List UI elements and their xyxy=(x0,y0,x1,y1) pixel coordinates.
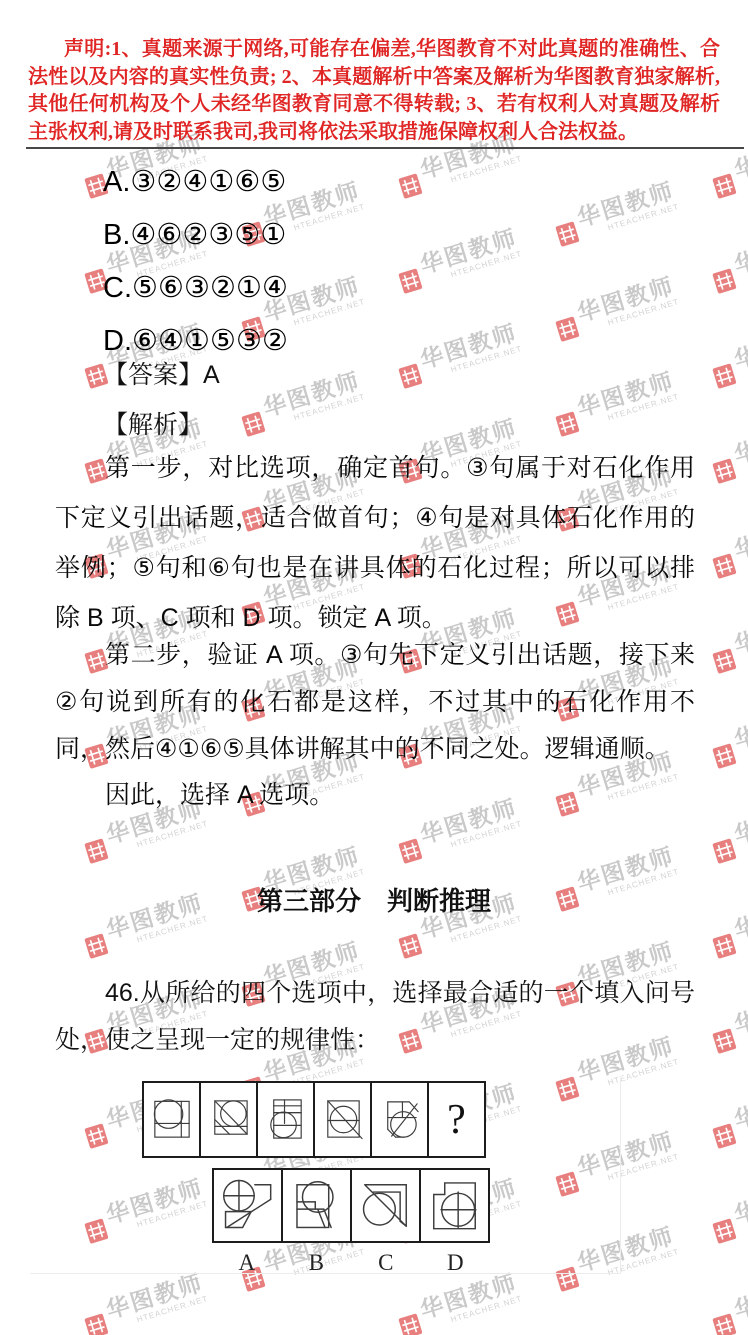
puzzle-image: ? xyxy=(30,1076,621,1274)
sequence-figure-1 xyxy=(142,1081,201,1158)
watermark-text-en: HTEACHER.NET xyxy=(293,202,366,231)
watermark-text-en: HTEACHER.NET xyxy=(450,345,523,374)
watermark-text-cn: 华图教师 xyxy=(732,1081,748,1132)
watermark-text-en: HTEACHER.NET xyxy=(607,297,680,326)
label-d: D xyxy=(421,1250,491,1276)
huatu-watermark: 华图教师 HTEACHER.NET xyxy=(709,321,748,389)
watermark-text-cn: 华图教师 xyxy=(261,369,364,420)
sequence-row: ? xyxy=(142,1081,486,1158)
huatu-logo-icon xyxy=(555,316,579,342)
huatu-watermark: 华图教师 HTEACHER.NET xyxy=(709,701,748,769)
question-text: 从所给的四个选项中，选择最合适的一个填入问号处，使之呈现一定的规律性： xyxy=(55,979,695,1054)
huatu-watermark: 华图教师 HTEACHER.NET xyxy=(552,369,680,437)
huatu-watermark: 华图教师 HTEACHER.NET xyxy=(709,606,748,674)
section-heading: 第三部分 判断推理 xyxy=(0,881,748,918)
huatu-watermark: 华图教师 HTEACHER.NET xyxy=(395,226,523,294)
watermark-text-cn: 华图教师 xyxy=(732,131,748,182)
watermark-text-en: HTEACHER.NET xyxy=(136,820,209,849)
watermark-text-en: HTEACHER.NET xyxy=(293,297,366,326)
divider-rule xyxy=(26,147,744,149)
sequence-figure-5 xyxy=(370,1081,429,1158)
huatu-watermark: 华图教师 HTEACHER.NET xyxy=(709,986,748,1054)
watermark-text-en: HTEACHER.NET xyxy=(450,915,523,944)
option-line-b: B.④⑥②③⑤① xyxy=(103,209,288,262)
huatu-logo-icon xyxy=(712,363,736,389)
huatu-logo-icon xyxy=(241,411,265,437)
analysis-paragraph-1: 第一步，对比选项，确定首句。③句属于对石化作用下定义引出话题，适合做首句；④句是… xyxy=(55,443,695,643)
huatu-logo-icon xyxy=(712,1123,736,1149)
huatu-logo-icon xyxy=(712,1028,736,1054)
watermark-text-cn: 华图教师 xyxy=(732,796,748,847)
watermark-text-en: HTEACHER.NET xyxy=(136,1295,209,1324)
watermark-text-en: HTEACHER.NET xyxy=(607,202,680,231)
huatu-watermark: 华图教师 HTEACHER.NET xyxy=(552,179,680,247)
huatu-logo-icon xyxy=(84,838,108,864)
analysis-heading: 【解析】 xyxy=(103,405,203,441)
watermark-text-en: HTEACHER.NET xyxy=(293,392,366,421)
watermark-text-cn: 华图教师 xyxy=(732,226,748,277)
watermark-text-en: HTEACHER.NET xyxy=(450,250,523,279)
analysis-paragraph-3: 因此，选择 A 选项。 xyxy=(55,772,695,819)
huatu-logo-icon xyxy=(712,458,736,484)
option-figure-d xyxy=(419,1168,490,1243)
label-c: C xyxy=(351,1250,421,1276)
sequence-figure-4 xyxy=(313,1081,372,1158)
huatu-watermark: 华图教师 HTEACHER.NET xyxy=(552,274,680,342)
watermark-text-cn: 华图教师 xyxy=(575,274,678,325)
huatu-logo-icon xyxy=(398,1313,422,1335)
option-figure-a xyxy=(212,1168,283,1243)
watermark-text-cn: 华图教师 xyxy=(104,1271,207,1322)
watermark-text-cn: 华图教师 xyxy=(732,1271,748,1322)
huatu-watermark: 华图教师 HTEACHER.NET xyxy=(395,321,523,389)
huatu-logo-icon xyxy=(555,221,579,247)
option-figure-c xyxy=(350,1168,421,1243)
disclaimer-text: 声明:1、真题来源于网络,可能存在偏差,华图教育不对此真题的准确性、合法性以及内… xyxy=(28,36,720,146)
watermark-text-en: HTEACHER.NET xyxy=(450,1295,523,1324)
sequence-figure-3 xyxy=(256,1081,315,1158)
watermark-text-cn: 华图教师 xyxy=(732,986,748,1037)
watermark-text-cn: 华图教师 xyxy=(418,321,521,372)
huatu-logo-icon xyxy=(84,1313,108,1335)
answer-labels-row: A B C D xyxy=(212,1250,490,1276)
answer-line: 【答案】A xyxy=(103,355,220,391)
huatu-logo-icon xyxy=(712,1218,736,1244)
huatu-logo-icon xyxy=(712,268,736,294)
label-b: B xyxy=(282,1250,352,1276)
disclaimer-body: 1、真题来源于网络,可能存在偏差,华图教育不对此真题的准确性、合法性以及内容的真… xyxy=(28,38,720,143)
huatu-watermark: 华图教师 HTEACHER.NET xyxy=(709,796,748,864)
option-line-a: A.③②④①⑥⑤ xyxy=(103,156,288,209)
huatu-logo-icon xyxy=(712,648,736,674)
huatu-watermark: 华图教师 HTEACHER.NET xyxy=(709,1081,748,1149)
huatu-watermark: 华图教师 HTEACHER.NET xyxy=(709,511,748,579)
watermark-text-cn: 华图教师 xyxy=(575,369,678,420)
question-46: 46.从所给的四个选项中，选择最合适的一个填入问号处，使之呈现一定的规律性： xyxy=(55,970,695,1064)
watermark-text-en: HTEACHER.NET xyxy=(607,392,680,421)
huatu-logo-icon xyxy=(712,1313,736,1335)
label-a: A xyxy=(212,1250,282,1276)
watermark-text-cn: 华图教师 xyxy=(575,179,678,230)
option-figure-b xyxy=(281,1168,352,1243)
answer-figures-row xyxy=(212,1168,490,1243)
huatu-watermark: 华图教师 HTEACHER.NET xyxy=(81,1271,209,1335)
question-mark: ? xyxy=(447,1096,466,1144)
watermark-text-cn: 华图教师 xyxy=(418,1271,521,1322)
watermark-text-cn: 华图教师 xyxy=(418,226,521,277)
huatu-logo-icon xyxy=(712,173,736,199)
watermark-text-cn: 华图教师 xyxy=(732,321,748,372)
huatu-watermark: 华图教师 HTEACHER.NET xyxy=(709,1176,748,1244)
answer-options-list: A.③②④①⑥⑤ B.④⑥②③⑤① C.⑤⑥③②①④ D.⑥④①⑤③② xyxy=(103,156,288,368)
analysis-paragraph-2: 第二步，验证 A 项。③句先下定义引出话题，接下来②句说到所有的化石都是这样，不… xyxy=(55,632,695,773)
huatu-logo-icon xyxy=(398,363,422,389)
huatu-watermark: 华图教师 HTEACHER.NET xyxy=(709,1271,748,1335)
huatu-logo-icon xyxy=(398,933,422,959)
disclaimer-label: 声明: xyxy=(64,38,111,60)
huatu-watermark: 华图教师 HTEACHER.NET xyxy=(709,416,748,484)
watermark-text-cn: 华图教师 xyxy=(732,511,748,562)
question-mark-cell: ? xyxy=(427,1081,486,1158)
huatu-watermark: 华图教师 HTEACHER.NET xyxy=(238,369,366,437)
watermark-text-en: HTEACHER.NET xyxy=(450,820,523,849)
question-number: 46. xyxy=(105,979,140,1007)
huatu-watermark: 华图教师 HTEACHER.NET xyxy=(395,1271,523,1335)
huatu-logo-icon xyxy=(712,933,736,959)
watermark-text-en: HTEACHER.NET xyxy=(136,915,209,944)
watermark-text-cn: 华图教师 xyxy=(732,701,748,752)
watermark-text-cn: 华图教师 xyxy=(732,416,748,467)
huatu-watermark: 华图教师 HTEACHER.NET xyxy=(709,226,748,294)
huatu-logo-icon xyxy=(712,743,736,769)
watermark-text-cn: 华图教师 xyxy=(732,606,748,657)
huatu-logo-icon xyxy=(398,838,422,864)
watermark-text-cn: 华图教师 xyxy=(732,1176,748,1227)
huatu-logo-icon xyxy=(555,411,579,437)
watermark-text-en: HTEACHER.NET xyxy=(450,155,523,184)
sequence-figure-2 xyxy=(199,1081,258,1158)
huatu-logo-icon xyxy=(398,173,422,199)
huatu-logo-icon xyxy=(712,553,736,579)
huatu-logo-icon xyxy=(84,933,108,959)
huatu-logo-icon xyxy=(398,268,422,294)
huatu-logo-icon xyxy=(712,838,736,864)
option-line-c: C.⑤⑥③②①④ xyxy=(103,262,288,315)
